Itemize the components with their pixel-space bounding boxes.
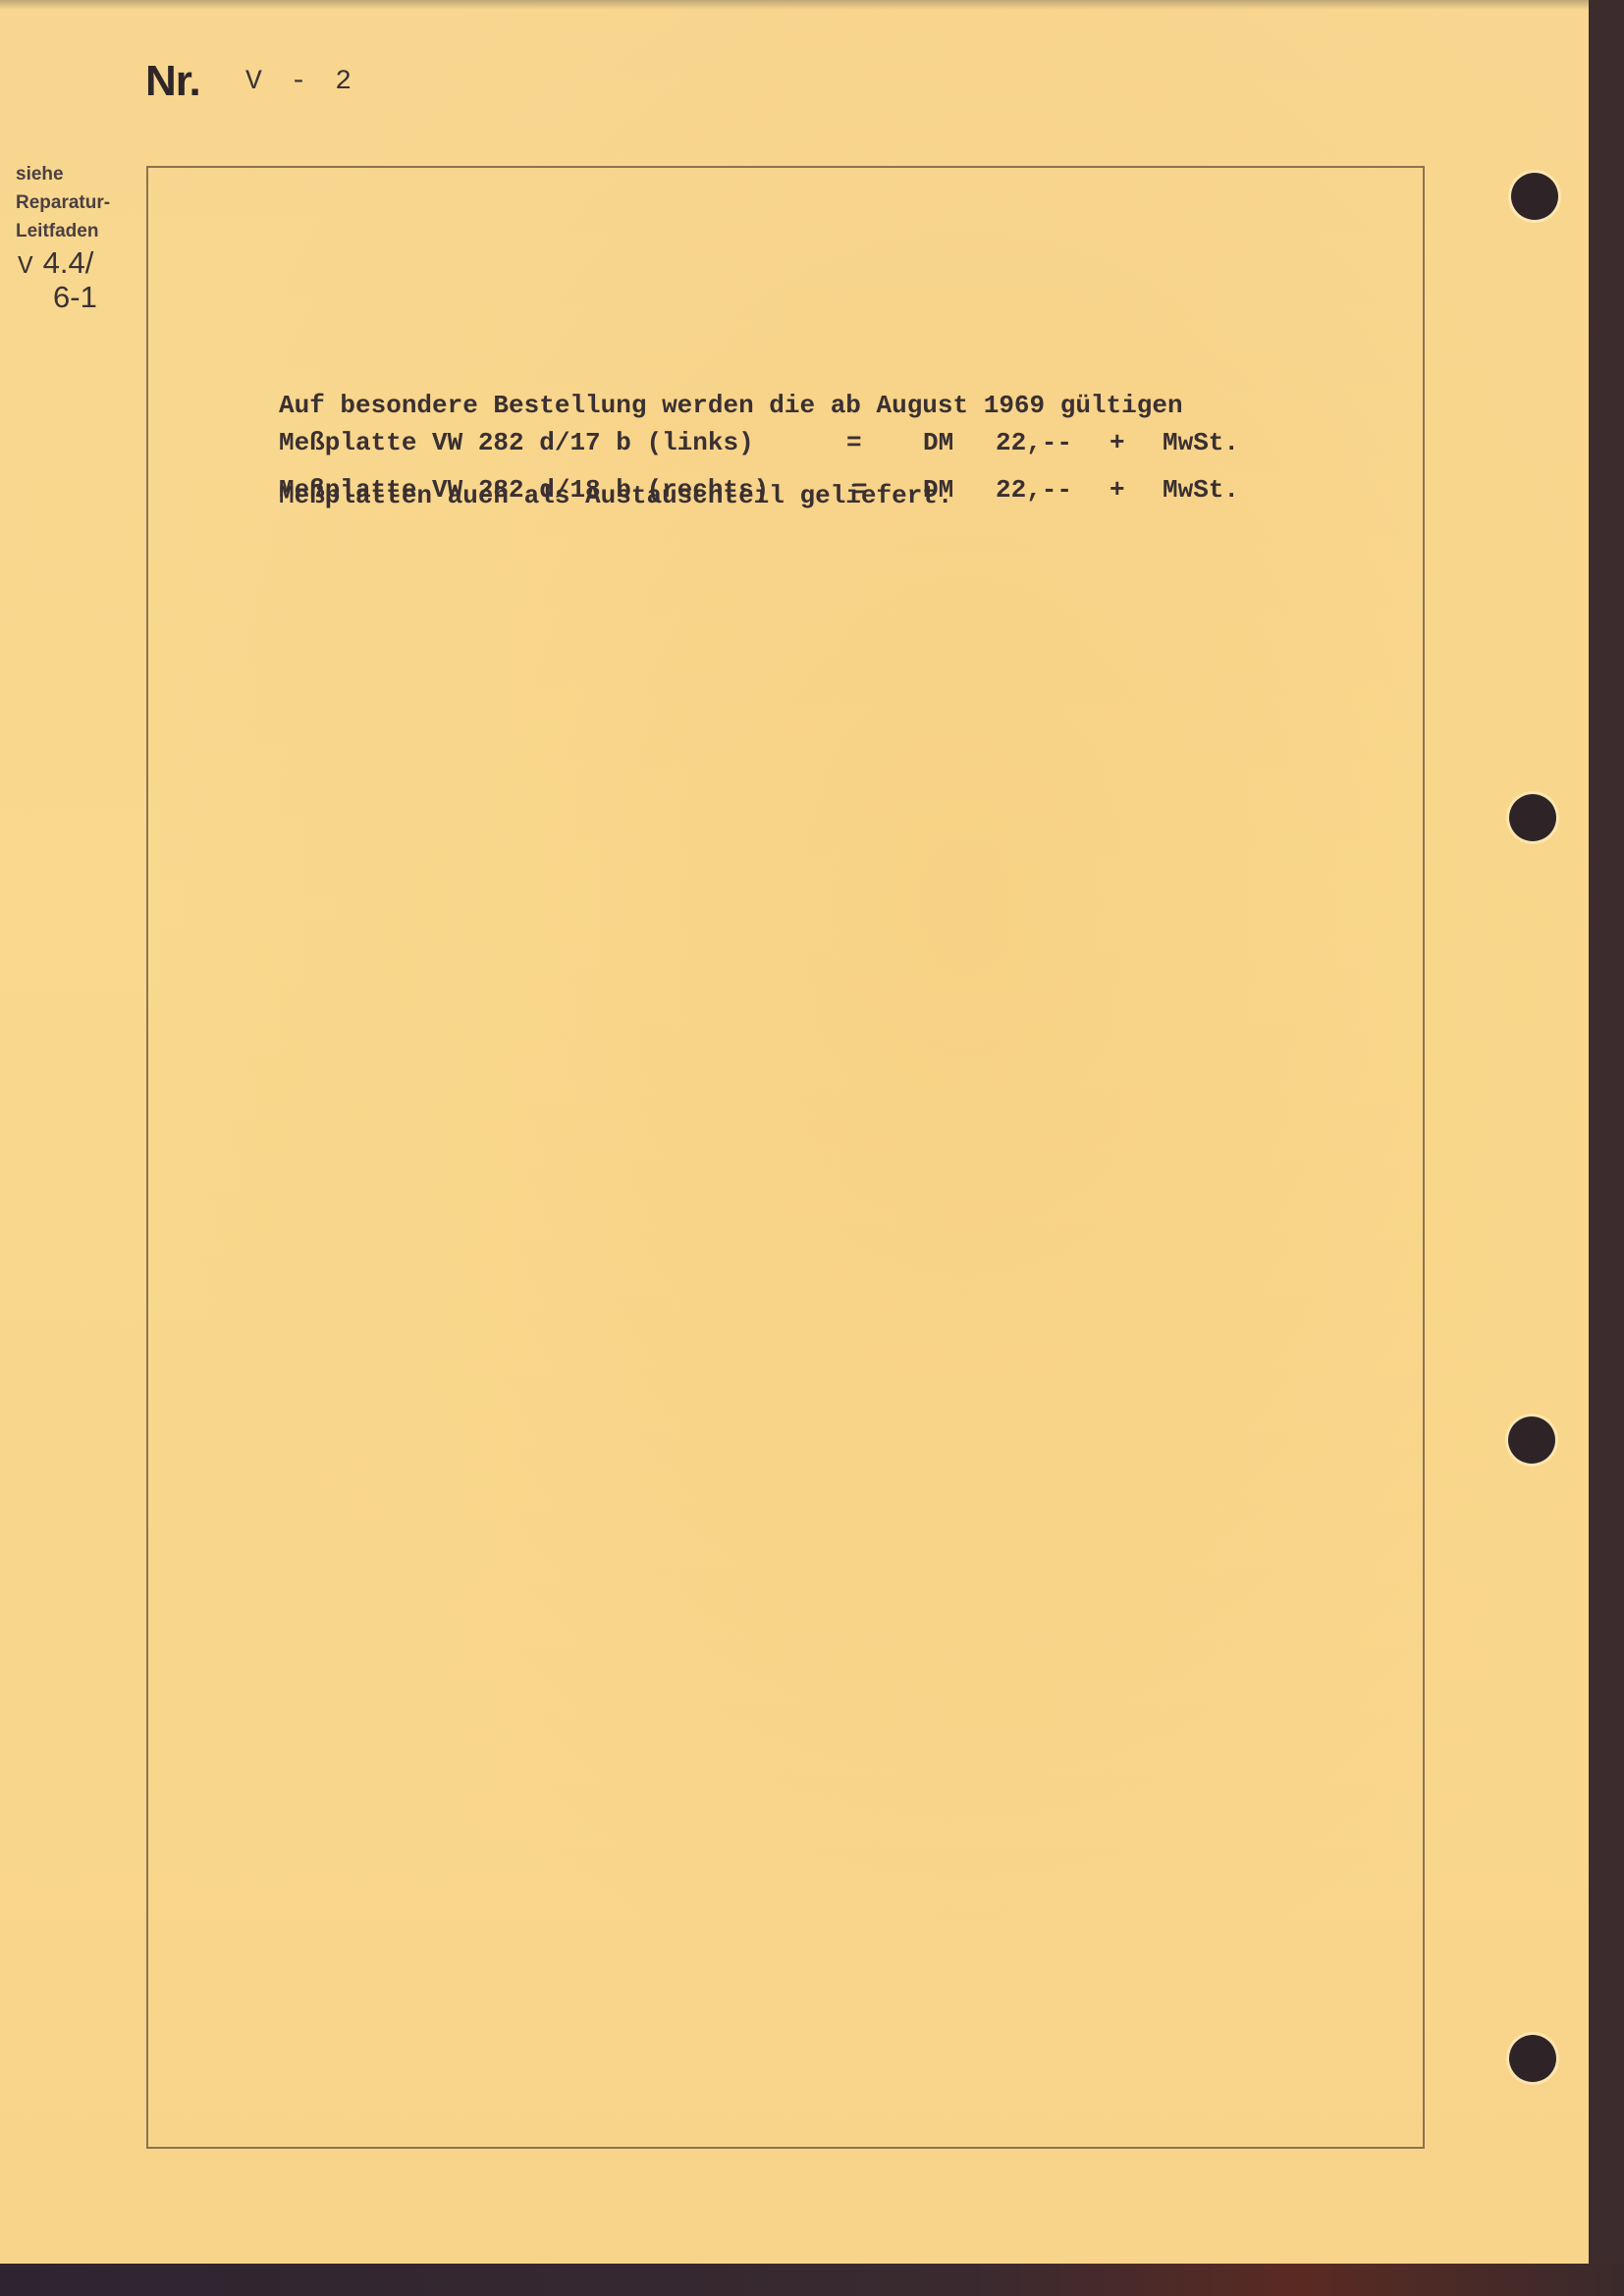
scan-edge-right (1589, 0, 1624, 2296)
reference-line: Reparatur- (16, 188, 143, 217)
punch-hole-icon (1508, 1416, 1555, 1464)
price: 22,-- (996, 428, 1072, 457)
item-name: Meßplatte VW 282 d/18 b (rechts) (279, 475, 769, 505)
reference-line: siehe (16, 160, 143, 188)
plus-sign: + (1110, 428, 1125, 457)
document-sheet: Nr. V - 2 siehe Reparatur- Leitfaden V4.… (0, 0, 1609, 2264)
scan-edge-bottom (0, 2264, 1624, 2296)
reference-code: V4.4/ 6-1 (18, 247, 97, 312)
punch-hole-icon (1509, 2035, 1556, 2082)
tax-note: MwSt. (1163, 475, 1239, 505)
document-number: V - 2 (245, 67, 357, 97)
number-label: Nr. (145, 57, 200, 106)
item-name: Meßplatte VW 282 d/17 b (links) (279, 428, 754, 457)
punch-hole-icon (1511, 173, 1558, 220)
punch-hole-icon (1509, 794, 1556, 841)
paragraph-line: Auf besondere Bestellung werden die ab A… (279, 390, 1183, 421)
reference-code-line2: 6-1 (18, 282, 97, 312)
equals-sign: = (846, 428, 862, 457)
reference-note: siehe Reparatur- Leitfaden (16, 160, 143, 245)
reference-line: Leitfaden (16, 217, 143, 245)
price-row-right: Meßplatte VW 282 d/18 b (rechts) = DM 22… (279, 475, 340, 711)
reference-code-prefix: V (18, 251, 33, 281)
plus-sign: + (1110, 475, 1125, 505)
currency: DM (923, 428, 953, 457)
currency: DM (923, 475, 953, 505)
reference-code-line1: 4.4/ (43, 245, 94, 280)
price: 22,-- (996, 475, 1072, 505)
equals-sign: = (852, 475, 868, 505)
tax-note: MwSt. (1163, 428, 1239, 457)
